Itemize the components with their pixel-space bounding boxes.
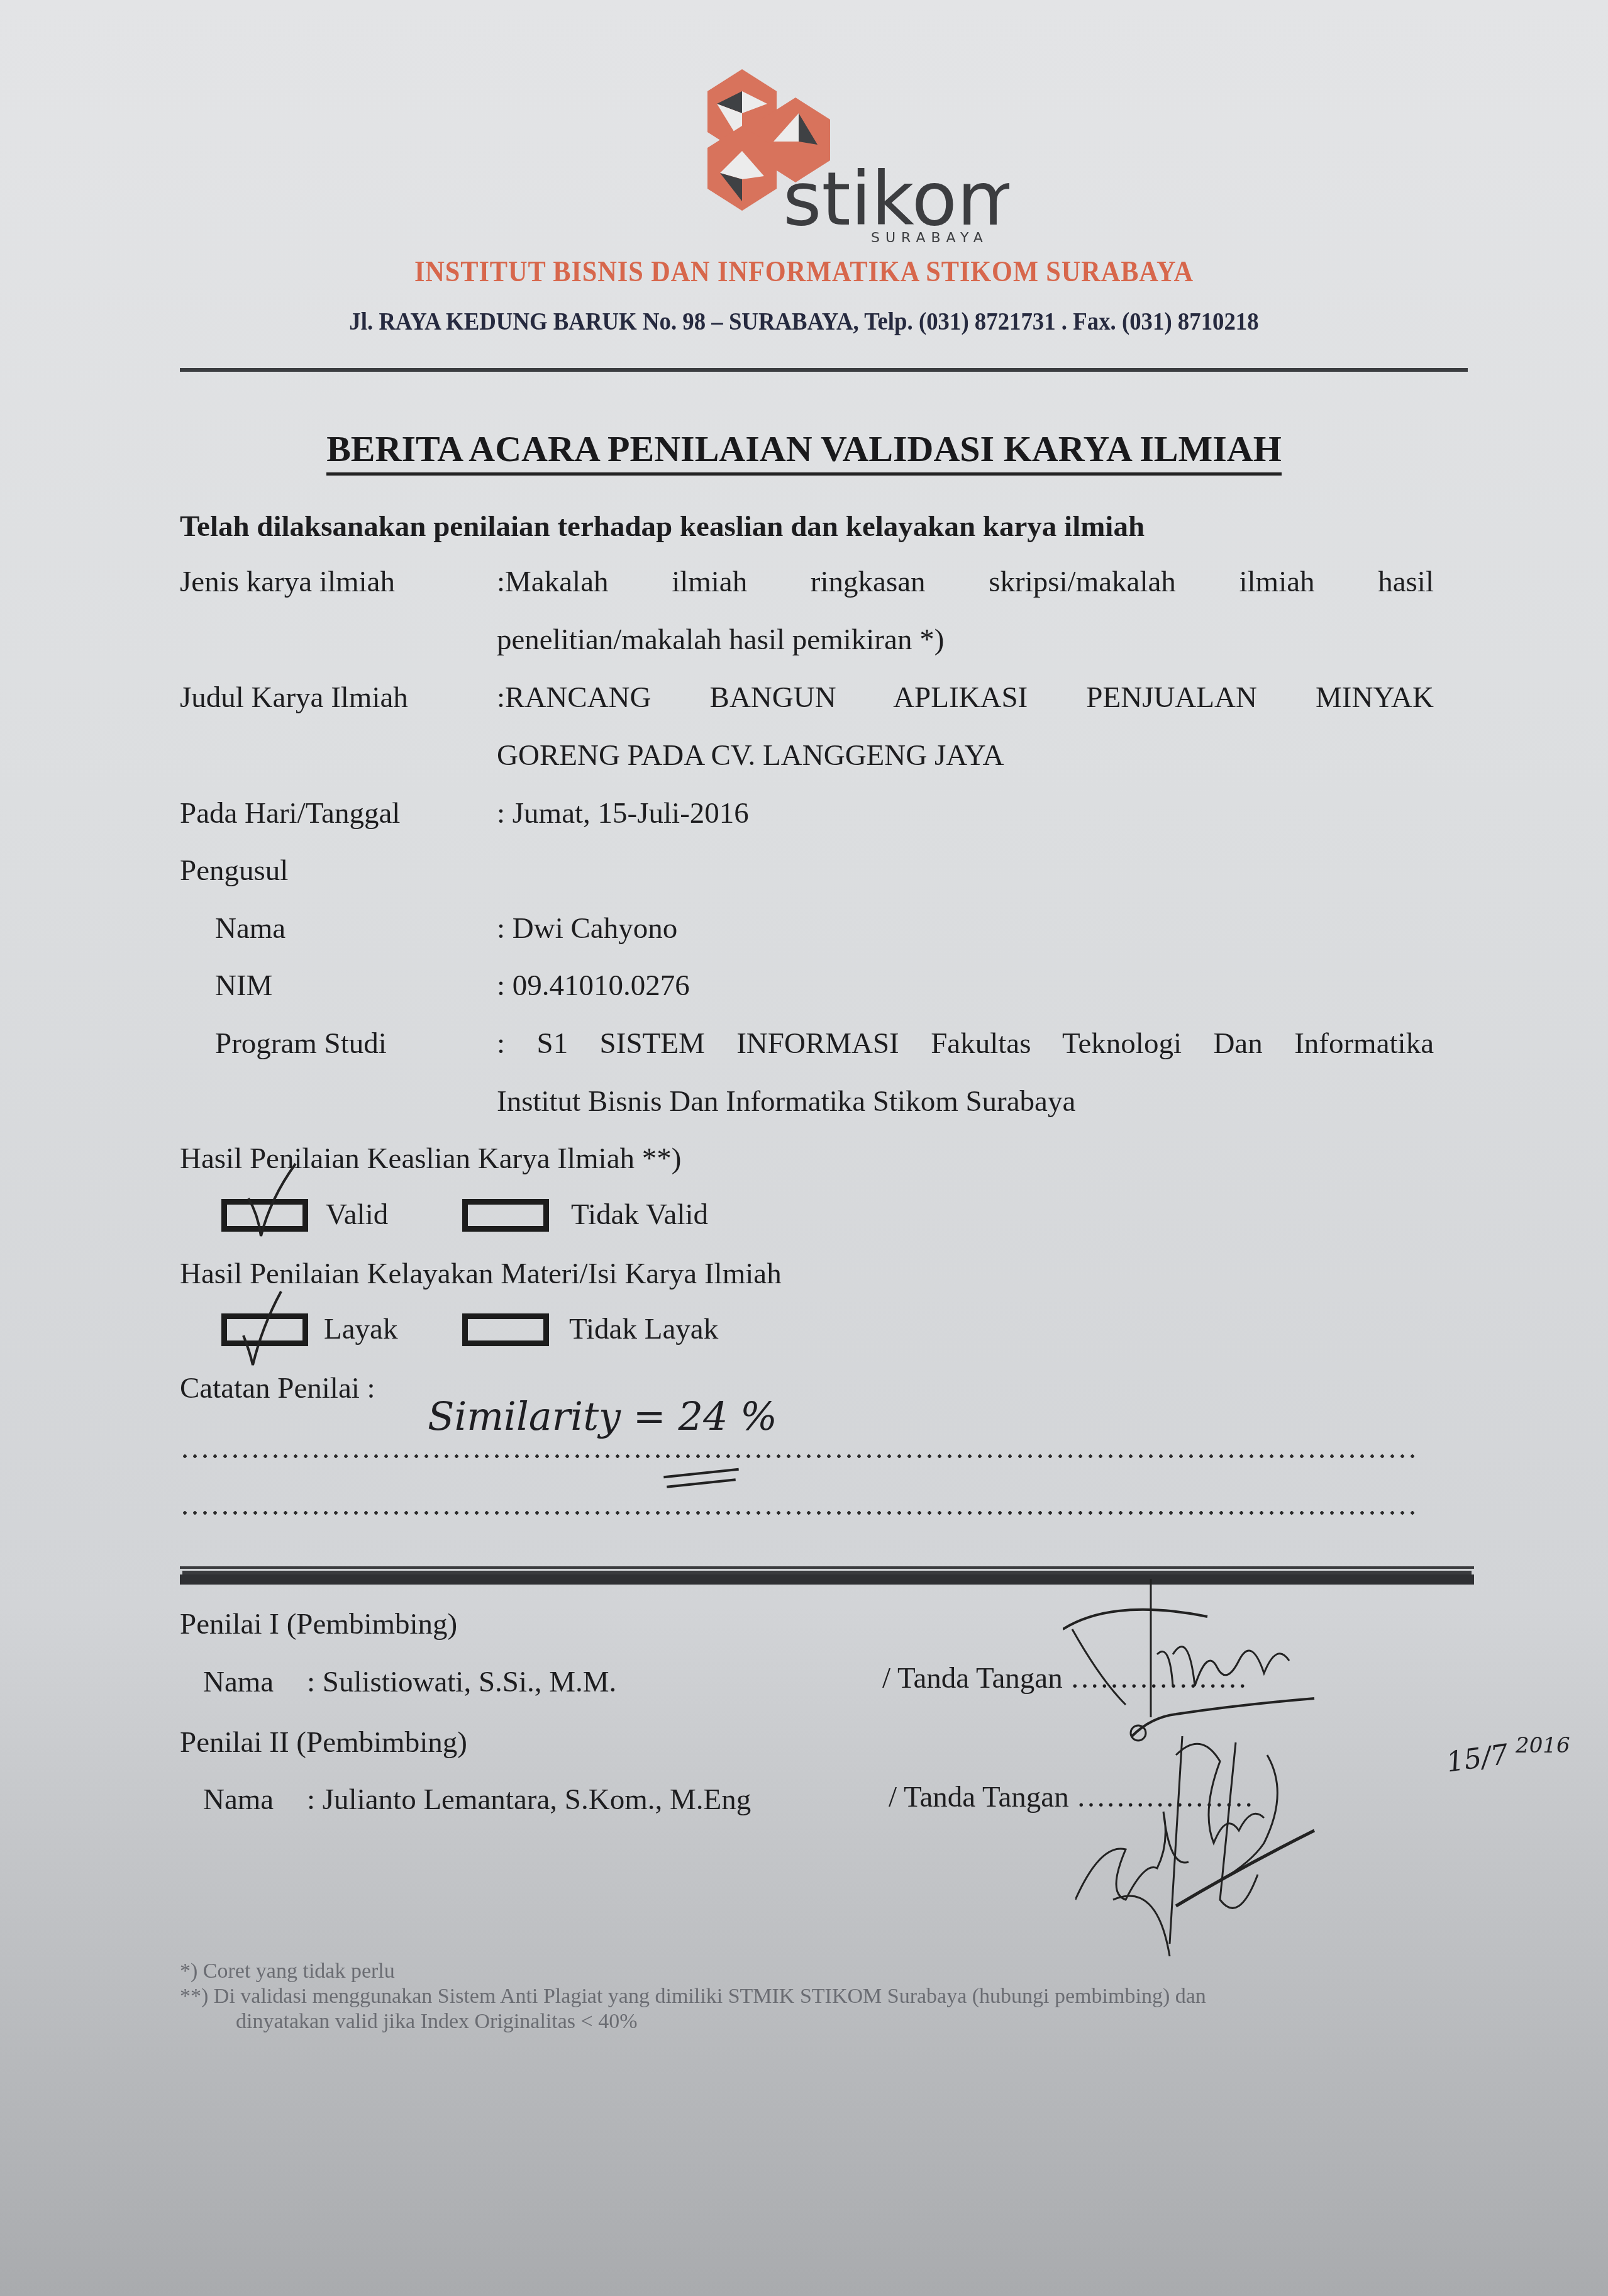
notes-line-2[interactable]	[180, 1511, 1415, 1515]
footnote-3: dinyatakan valid jika Index Originalitas…	[236, 2010, 638, 2034]
jenis-label: Jenis karya ilmiah	[180, 565, 395, 599]
catatan-label: Catatan Penilai :	[180, 1371, 375, 1405]
tidak-layak-label: Tidak Layak	[569, 1312, 718, 1346]
tidak-valid-label: Tidak Valid	[571, 1198, 708, 1232]
prodi-label: Program Studi	[215, 1027, 387, 1061]
layak-label: Layak	[324, 1312, 397, 1346]
pengusul-label: Pengusul	[180, 854, 288, 888]
kelayakan-heading: Hasil Penilaian Kelayakan Materi/Isi Kar…	[180, 1257, 782, 1291]
handwritten-date-year: 2016	[1516, 1733, 1570, 1758]
penilai-1-heading: Penilai I (Pembimbing)	[180, 1607, 457, 1641]
valid-label: Valid	[326, 1198, 388, 1232]
penilai-2-nama-label: Nama	[203, 1783, 274, 1817]
footnote-1: *) Coret yang tidak perlu	[180, 1959, 395, 1983]
institution-address: Jl. RAYA KEDUNG BARUK No. 98 – SURABAYA,…	[64, 306, 1543, 336]
tidak-layak-checkbox[interactable]	[462, 1313, 549, 1346]
note-underline	[663, 1468, 739, 1479]
penilai-2-heading: Penilai II (Pembimbing)	[180, 1725, 467, 1759]
institution-name: INSTITUT BISNIS DAN INFORMATIKA STIKOM S…	[64, 255, 1543, 288]
jenis-value-line1: :Makalah ilmiah ringkasan skripsi/makala…	[497, 565, 1434, 599]
penilai-1-nama-label: Nama	[203, 1665, 274, 1699]
prodi-value-line1: : S1 SISTEM INFORMASI Fakultas Teknologi…	[497, 1027, 1434, 1061]
check-mark-icon	[234, 1288, 297, 1373]
svg-text:SURABAYA: SURABAYA	[871, 230, 989, 242]
check-mark-icon	[242, 1161, 305, 1246]
section-divider-thin	[180, 1566, 1474, 1569]
notes-line-1[interactable]	[180, 1454, 1415, 1458]
tanggal-value: : Jumat, 15-Juli-2016	[497, 796, 1434, 830]
footnote-2: **) Di validasi menggunakan Sistem Anti …	[180, 1985, 1206, 2009]
judul-label: Judul Karya Ilmiah	[180, 681, 408, 715]
nim-label: NIM	[215, 969, 272, 1003]
jenis-value-line2: penelitian/makalah hasil pemikiran *)	[497, 623, 1434, 657]
tanggal-label: Pada Hari/Tanggal	[180, 796, 400, 830]
stikom-logo: stikom SURABAYA	[682, 53, 1009, 242]
document-title: BERITA ACARA PENILAIAN VALIDASI KARYA IL…	[0, 428, 1608, 476]
nim-value: : 09.41010.0276	[497, 969, 1434, 1003]
note-underline	[667, 1478, 736, 1488]
svg-text:stikom: stikom	[783, 155, 1009, 242]
nama-label: Nama	[215, 911, 286, 945]
stikom-star-logo-icon: stikom SURABAYA	[682, 53, 1009, 242]
handwritten-note: Similarity = 24 %	[428, 1393, 777, 1439]
tidak-valid-checkbox[interactable]	[462, 1199, 549, 1232]
signature-2-icon	[1075, 1717, 1402, 1959]
judul-value-line1: :RANCANG BANGUN APLIKASI PENJUALAN MINYA…	[497, 681, 1434, 715]
header-divider	[180, 368, 1468, 372]
intro-text: Telah dilaksanakan penilaian terhadap ke…	[180, 510, 1145, 543]
nama-value: : Dwi Cahyono	[497, 911, 1434, 945]
document-title-text: BERITA ACARA PENILAIAN VALIDASI KARYA IL…	[326, 428, 1282, 476]
judul-value-line2: GORENG PADA CV. LANGGENG JAYA	[497, 738, 1434, 772]
prodi-value-line2: Institut Bisnis Dan Informatika Stikom S…	[497, 1084, 1434, 1118]
